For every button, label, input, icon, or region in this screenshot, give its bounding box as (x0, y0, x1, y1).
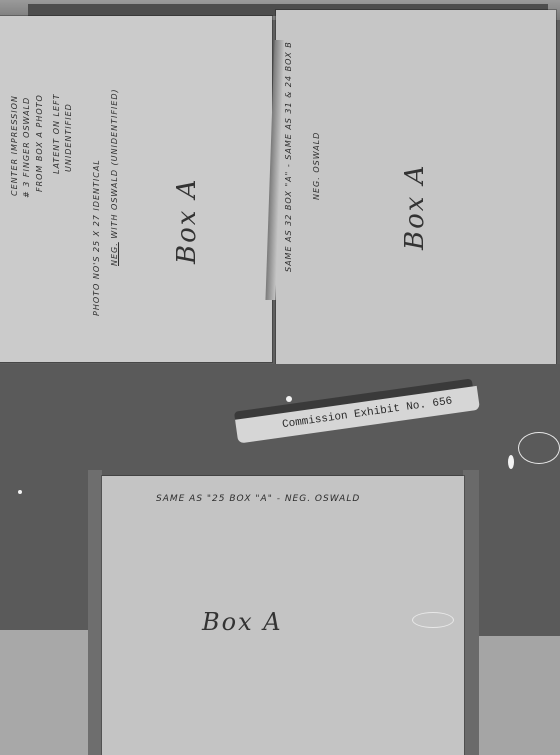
box-label: Box A (172, 178, 202, 264)
card-holder-right-edge (463, 470, 479, 755)
dust-speck (286, 396, 292, 402)
note-line-2: # 3 finger Oswald (22, 97, 31, 198)
fiber-strand (518, 432, 560, 464)
neg-rest: with Oswald (unidentified) (110, 88, 119, 242)
note-line: Same as 32 Box "A" - same as 31 & 24 Box… (284, 41, 293, 272)
card-top-right: Same as 32 Box "A" - same as 31 & 24 Box… (276, 10, 556, 364)
note-line-1: Center impression (10, 95, 19, 196)
note-line-5: unidentified (64, 103, 73, 172)
card-holder-left-edge (88, 470, 102, 755)
background-card-left (0, 630, 90, 755)
neg-line: Neg. with Oswald (unidentified) (110, 88, 119, 266)
neg-prefix: Neg. (110, 242, 119, 266)
background-card-right (478, 636, 560, 755)
neg-line: Neg. Oswald (312, 132, 321, 200)
box-label: Box A (202, 608, 283, 636)
photo-line: Photo no's 25 x 27 identical (92, 159, 101, 316)
dust-speck (18, 490, 22, 494)
note-line: Same as "25 Box "A" - Neg. Oswald (156, 494, 360, 504)
fiber-strand (412, 612, 454, 628)
card-top-left: Center impression # 3 finger Oswald from… (0, 16, 272, 362)
card-bottom: Same as "25 Box "A" - Neg. Oswald Box A (102, 476, 464, 755)
box-label: Box A (400, 164, 430, 250)
dust-speck (508, 455, 514, 469)
note-line-3: from Box A photo (35, 94, 44, 192)
note-line-4: Latent on left (52, 93, 61, 174)
